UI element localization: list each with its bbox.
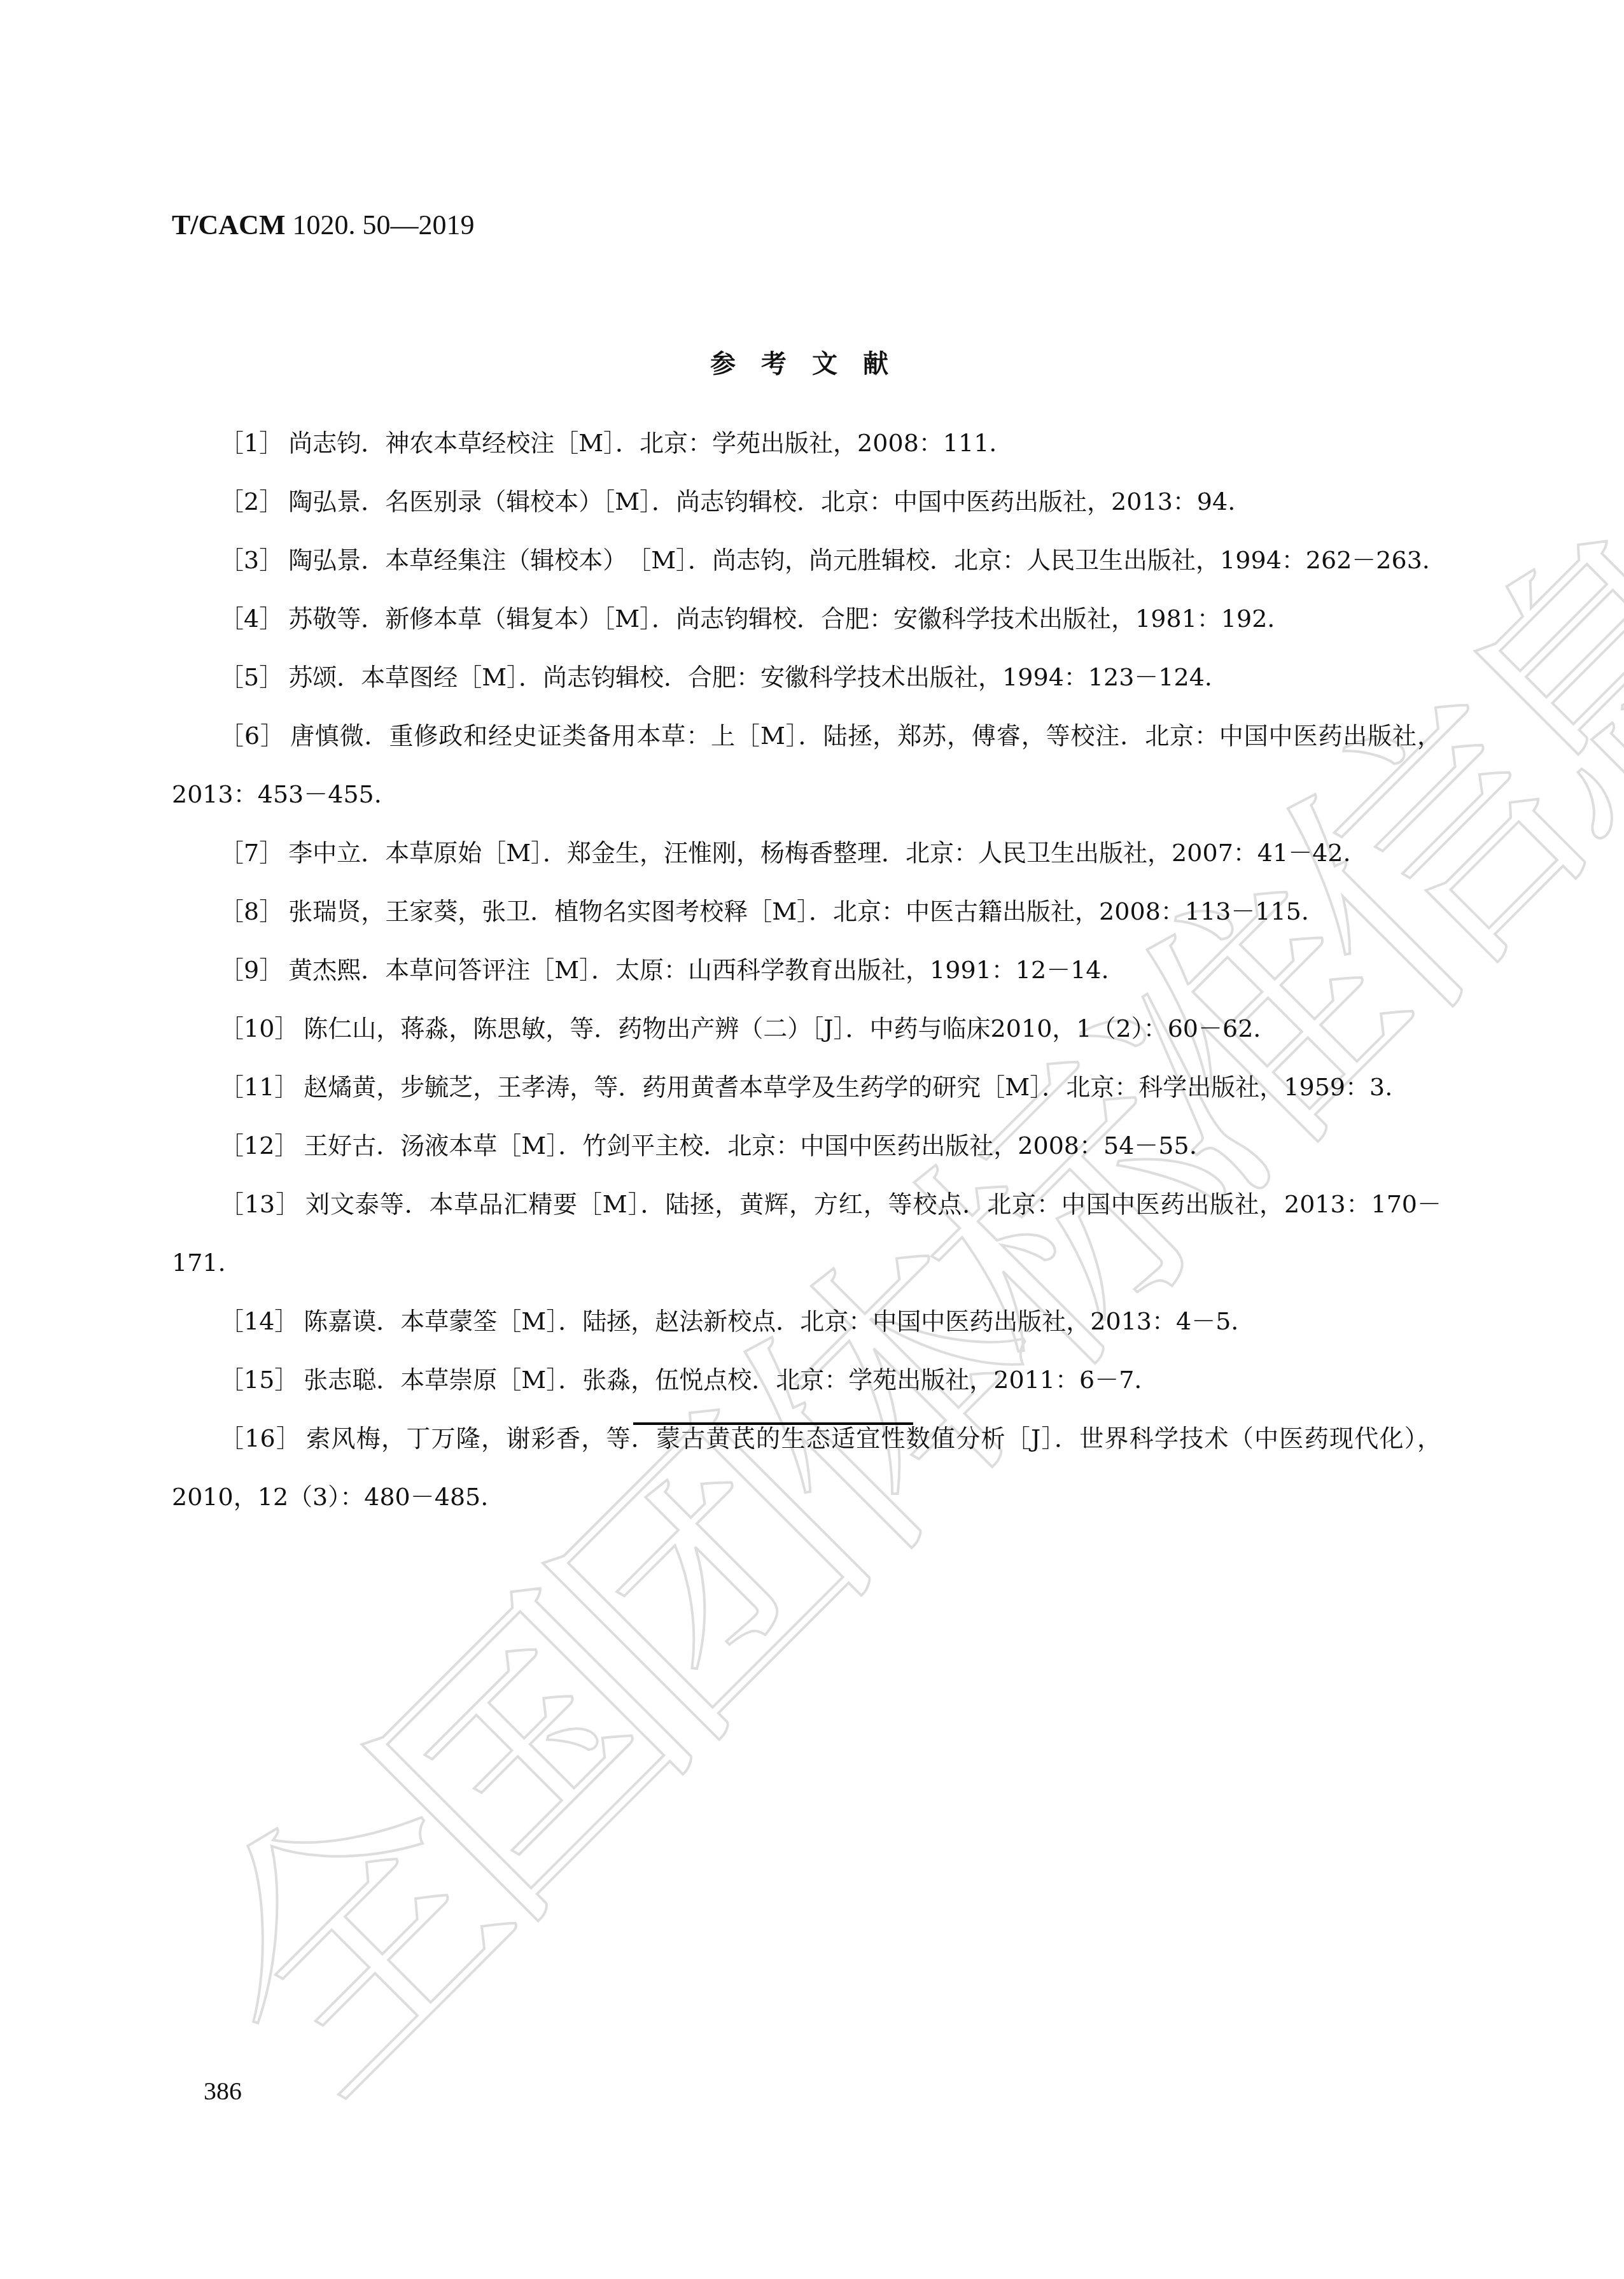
reference-number: ［10］ xyxy=(220,1014,298,1042)
reference-item: ［1］尚志钧．神农本草经校注［M］．北京：学苑出版社，2008：111. xyxy=(172,414,1441,472)
reference-number: ［13］ xyxy=(220,1190,300,1218)
standard-prefix: T/CACM xyxy=(172,209,285,241)
standard-header: T/CACM 1020. 50—2019 xyxy=(172,209,474,241)
reference-text: 陶弘景．名医别录（辑校本）［M］．尚志钧辑校．北京：中国中医药出版社，2013：… xyxy=(288,487,1235,515)
reference-item: ［12］王好古．汤液本草［M］．竹剑平主校．北京：中国中医药出版社，2008：5… xyxy=(172,1116,1441,1175)
reference-item: ［5］苏颂．本草图经［M］．尚志钧辑校．合肥：安徽科学技术出版社，1994：12… xyxy=(172,648,1441,706)
reference-text: 刘文泰等．本草品汇精要［M］．陆拯，黄辉，方红，等校点．北京：中国中医药出版社，… xyxy=(172,1190,1441,1277)
reference-text: 赵燏黄，步毓芝，王孝涛，等．药用黄耆本草学及生药学的研究［M］．北京：科学出版社… xyxy=(304,1073,1392,1101)
reference-list: ［1］尚志钧．神农本草经校注［M］．北京：学苑出版社，2008：111. ［2］… xyxy=(172,414,1441,1526)
reference-number: ［16］ xyxy=(220,1424,301,1452)
reference-item: ［9］黄杰熙．本草问答评注［M］．太原：山西科学教育出版社，1991：12－14… xyxy=(172,941,1441,999)
reference-text: 唐慎微．重修政和经史证类备用本草：上［M］．陆拯，郑苏，傅睿，等校注．北京：中国… xyxy=(172,722,1441,808)
reference-number: ［3］ xyxy=(220,546,283,574)
reference-item: ［11］赵燏黄，步毓芝，王孝涛，等．药用黄耆本草学及生药学的研究［M］．北京：科… xyxy=(172,1058,1441,1116)
section-title: 参考文献 xyxy=(0,344,1624,380)
reference-text: 王好古．汤液本草［M］．竹剑平主校．北京：中国中医药出版社，2008：54－55… xyxy=(304,1132,1196,1160)
reference-number: ［7］ xyxy=(220,839,283,867)
reference-number: ［6］ xyxy=(220,722,285,750)
reference-item: ［10］陈仁山，蒋淼，陈思敏，等．药物出产辨（二）［J］．中药与临床2010，1… xyxy=(172,999,1441,1058)
reference-number: ［8］ xyxy=(220,897,283,925)
reference-item: ［16］索风梅，丁万隆，谢彩香，等．蒙古黄芪的生态适宜性数值分析［J］．世界科学… xyxy=(172,1409,1441,1526)
reference-text: 张志聪．本草崇原［M］．张淼，伍悦点校．北京：学苑出版社，2011：6－7. xyxy=(304,1366,1142,1394)
reference-number: ［11］ xyxy=(220,1073,298,1101)
reference-number: ［5］ xyxy=(220,663,283,691)
reference-item: ［7］李中立．本草原始［M］．郑金生，汪惟刚，杨梅香整理．北京：人民卫生出版社，… xyxy=(172,824,1441,882)
reference-text: 陈嘉谟．本草蒙筌［M］．陆拯，赵法新校点．北京：中国中医药出版社，2013：4－… xyxy=(304,1307,1238,1335)
reference-item: ［15］张志聪．本草崇原［M］．张淼，伍悦点校．北京：学苑出版社，2011：6－… xyxy=(172,1350,1441,1409)
reference-item: ［13］刘文泰等．本草品汇精要［M］．陆拯，黄辉，方红，等校点．北京：中国中医药… xyxy=(172,1175,1441,1292)
reference-number: ［2］ xyxy=(220,487,283,515)
reference-text: 黄杰熙．本草问答评注［M］．太原：山西科学教育出版社，1991：12－14. xyxy=(288,956,1109,984)
reference-item: ［3］陶弘景．本草经集注（辑校本） ［M］．尚志钧，尚元胜辑校．北京：人民卫生出… xyxy=(172,531,1441,589)
reference-item: ［6］唐慎微．重修政和经史证类备用本草：上［M］．陆拯，郑苏，傅睿，等校注．北京… xyxy=(172,706,1441,824)
reference-text: 陶弘景．本草经集注（辑校本） ［M］．尚志钧，尚元胜辑校．北京：人民卫生出版社，… xyxy=(288,546,1430,574)
reference-text: 苏颂．本草图经［M］．尚志钧辑校．合肥：安徽科学技术出版社，1994：123－1… xyxy=(288,663,1212,691)
reference-number: ［4］ xyxy=(220,605,283,633)
reference-number: ［9］ xyxy=(220,956,283,984)
reference-number: ［15］ xyxy=(220,1366,298,1394)
reference-item: ［8］张瑞贤，王家葵，张卫．植物名实图考校释［M］．北京：中医古籍出版社，200… xyxy=(172,882,1441,941)
reference-item: ［2］陶弘景．名医别录（辑校本）［M］．尚志钧辑校．北京：中国中医药出版社，20… xyxy=(172,472,1441,531)
reference-text: 李中立．本草原始［M］．郑金生，汪惟刚，杨梅香整理．北京：人民卫生出版社，200… xyxy=(288,839,1350,867)
page-number: 386 xyxy=(204,2076,242,2106)
reference-text: 苏敬等．新修本草（辑复本）［M］．尚志钧辑校．合肥：安徽科学技术出版社，1981… xyxy=(288,605,1275,633)
reference-text: 张瑞贤，王家葵，张卫．植物名实图考校释［M］．北京：中医古籍出版社，2008：1… xyxy=(288,897,1309,925)
reference-number: ［14］ xyxy=(220,1307,298,1335)
standard-number: 1020. 50—2019 xyxy=(285,209,474,241)
reference-text: 尚志钧．神农本草经校注［M］．北京：学苑出版社，2008：111. xyxy=(288,429,997,457)
reference-number: ［12］ xyxy=(220,1132,298,1160)
end-separator-line xyxy=(633,1422,913,1425)
reference-item: ［4］苏敬等．新修本草（辑复本）［M］．尚志钧辑校．合肥：安徽科学技术出版社，1… xyxy=(172,589,1441,648)
reference-text: 索风梅，丁万隆，谢彩香，等．蒙古黄芪的生态适宜性数值分析［J］．世界科学技术（中… xyxy=(172,1424,1441,1511)
reference-number: ［1］ xyxy=(220,429,283,457)
reference-text: 陈仁山，蒋淼，陈思敏，等．药物出产辨（二）［J］．中药与临床2010，1（2）：… xyxy=(304,1014,1261,1042)
reference-item: ［14］陈嘉谟．本草蒙筌［M］．陆拯，赵法新校点．北京：中国中医药出版社，201… xyxy=(172,1292,1441,1350)
